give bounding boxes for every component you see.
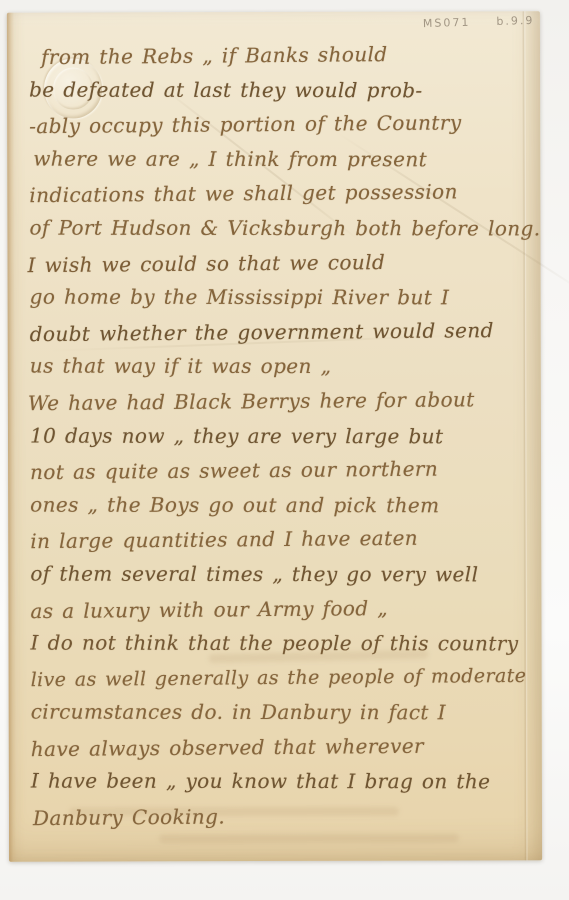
- letter-line: where we are „ I think from present: [33, 141, 528, 176]
- letter-line: I do not think that the people of this c…: [31, 626, 530, 661]
- letter-line: not as quite as sweet as our northern: [30, 451, 529, 490]
- letter-line: -ably occupy this portion of the Country: [29, 105, 528, 144]
- letter-line: doubt whether the government would send: [30, 313, 529, 352]
- archive-mark: MS071 b.9.9: [422, 14, 534, 30]
- letter-line: 10 days now „ they are very large but: [30, 418, 529, 453]
- letter-line: from the Rebs „ if Banks should: [41, 36, 528, 75]
- letter-line: be defeated at last they would prob-: [29, 72, 528, 107]
- archive-mark-item: b.9.9: [496, 14, 534, 28]
- letter-page: MS071 b.9.9 from the Rebs „ if Banks sho…: [7, 11, 542, 861]
- letter-line: Danbury Cooking.: [33, 797, 530, 836]
- scan-background: MS071 b.9.9 from the Rebs „ if Banks sho…: [0, 0, 569, 900]
- letter-line: as a luxury with our Army food „: [30, 589, 529, 628]
- letter-line: of Port Hudson & Vicksburgh both before …: [29, 211, 528, 246]
- letter-line: of them several times „ they go very wel…: [30, 556, 529, 591]
- letter-body: from the Rebs „ if Banks should be defea…: [7, 37, 542, 834]
- letter-line: us that way if it was open „: [30, 349, 529, 384]
- letter-line: have always observed that wherever: [31, 728, 530, 767]
- letter-line: in large quantities and I have eaten: [30, 520, 529, 559]
- letter-line: I have been „ you know that I brag on th…: [31, 764, 530, 799]
- letter-line: circumstances do. in Danbury in fact I: [31, 695, 530, 730]
- letter-line: We have had Black Berrys here for about: [28, 382, 529, 421]
- letter-line: live as well generally as the people of …: [30, 658, 529, 697]
- ink-showthrough: [159, 834, 459, 844]
- letter-line: ones „ the Boys go out and pick them: [30, 487, 529, 522]
- letter-line: go home by the Mississippi River but I: [30, 280, 529, 315]
- archive-mark-collection: MS071: [422, 16, 470, 30]
- letter-line: I wish we could so that we could: [27, 243, 528, 282]
- letter-line: indications that we shall get possession: [29, 174, 528, 213]
